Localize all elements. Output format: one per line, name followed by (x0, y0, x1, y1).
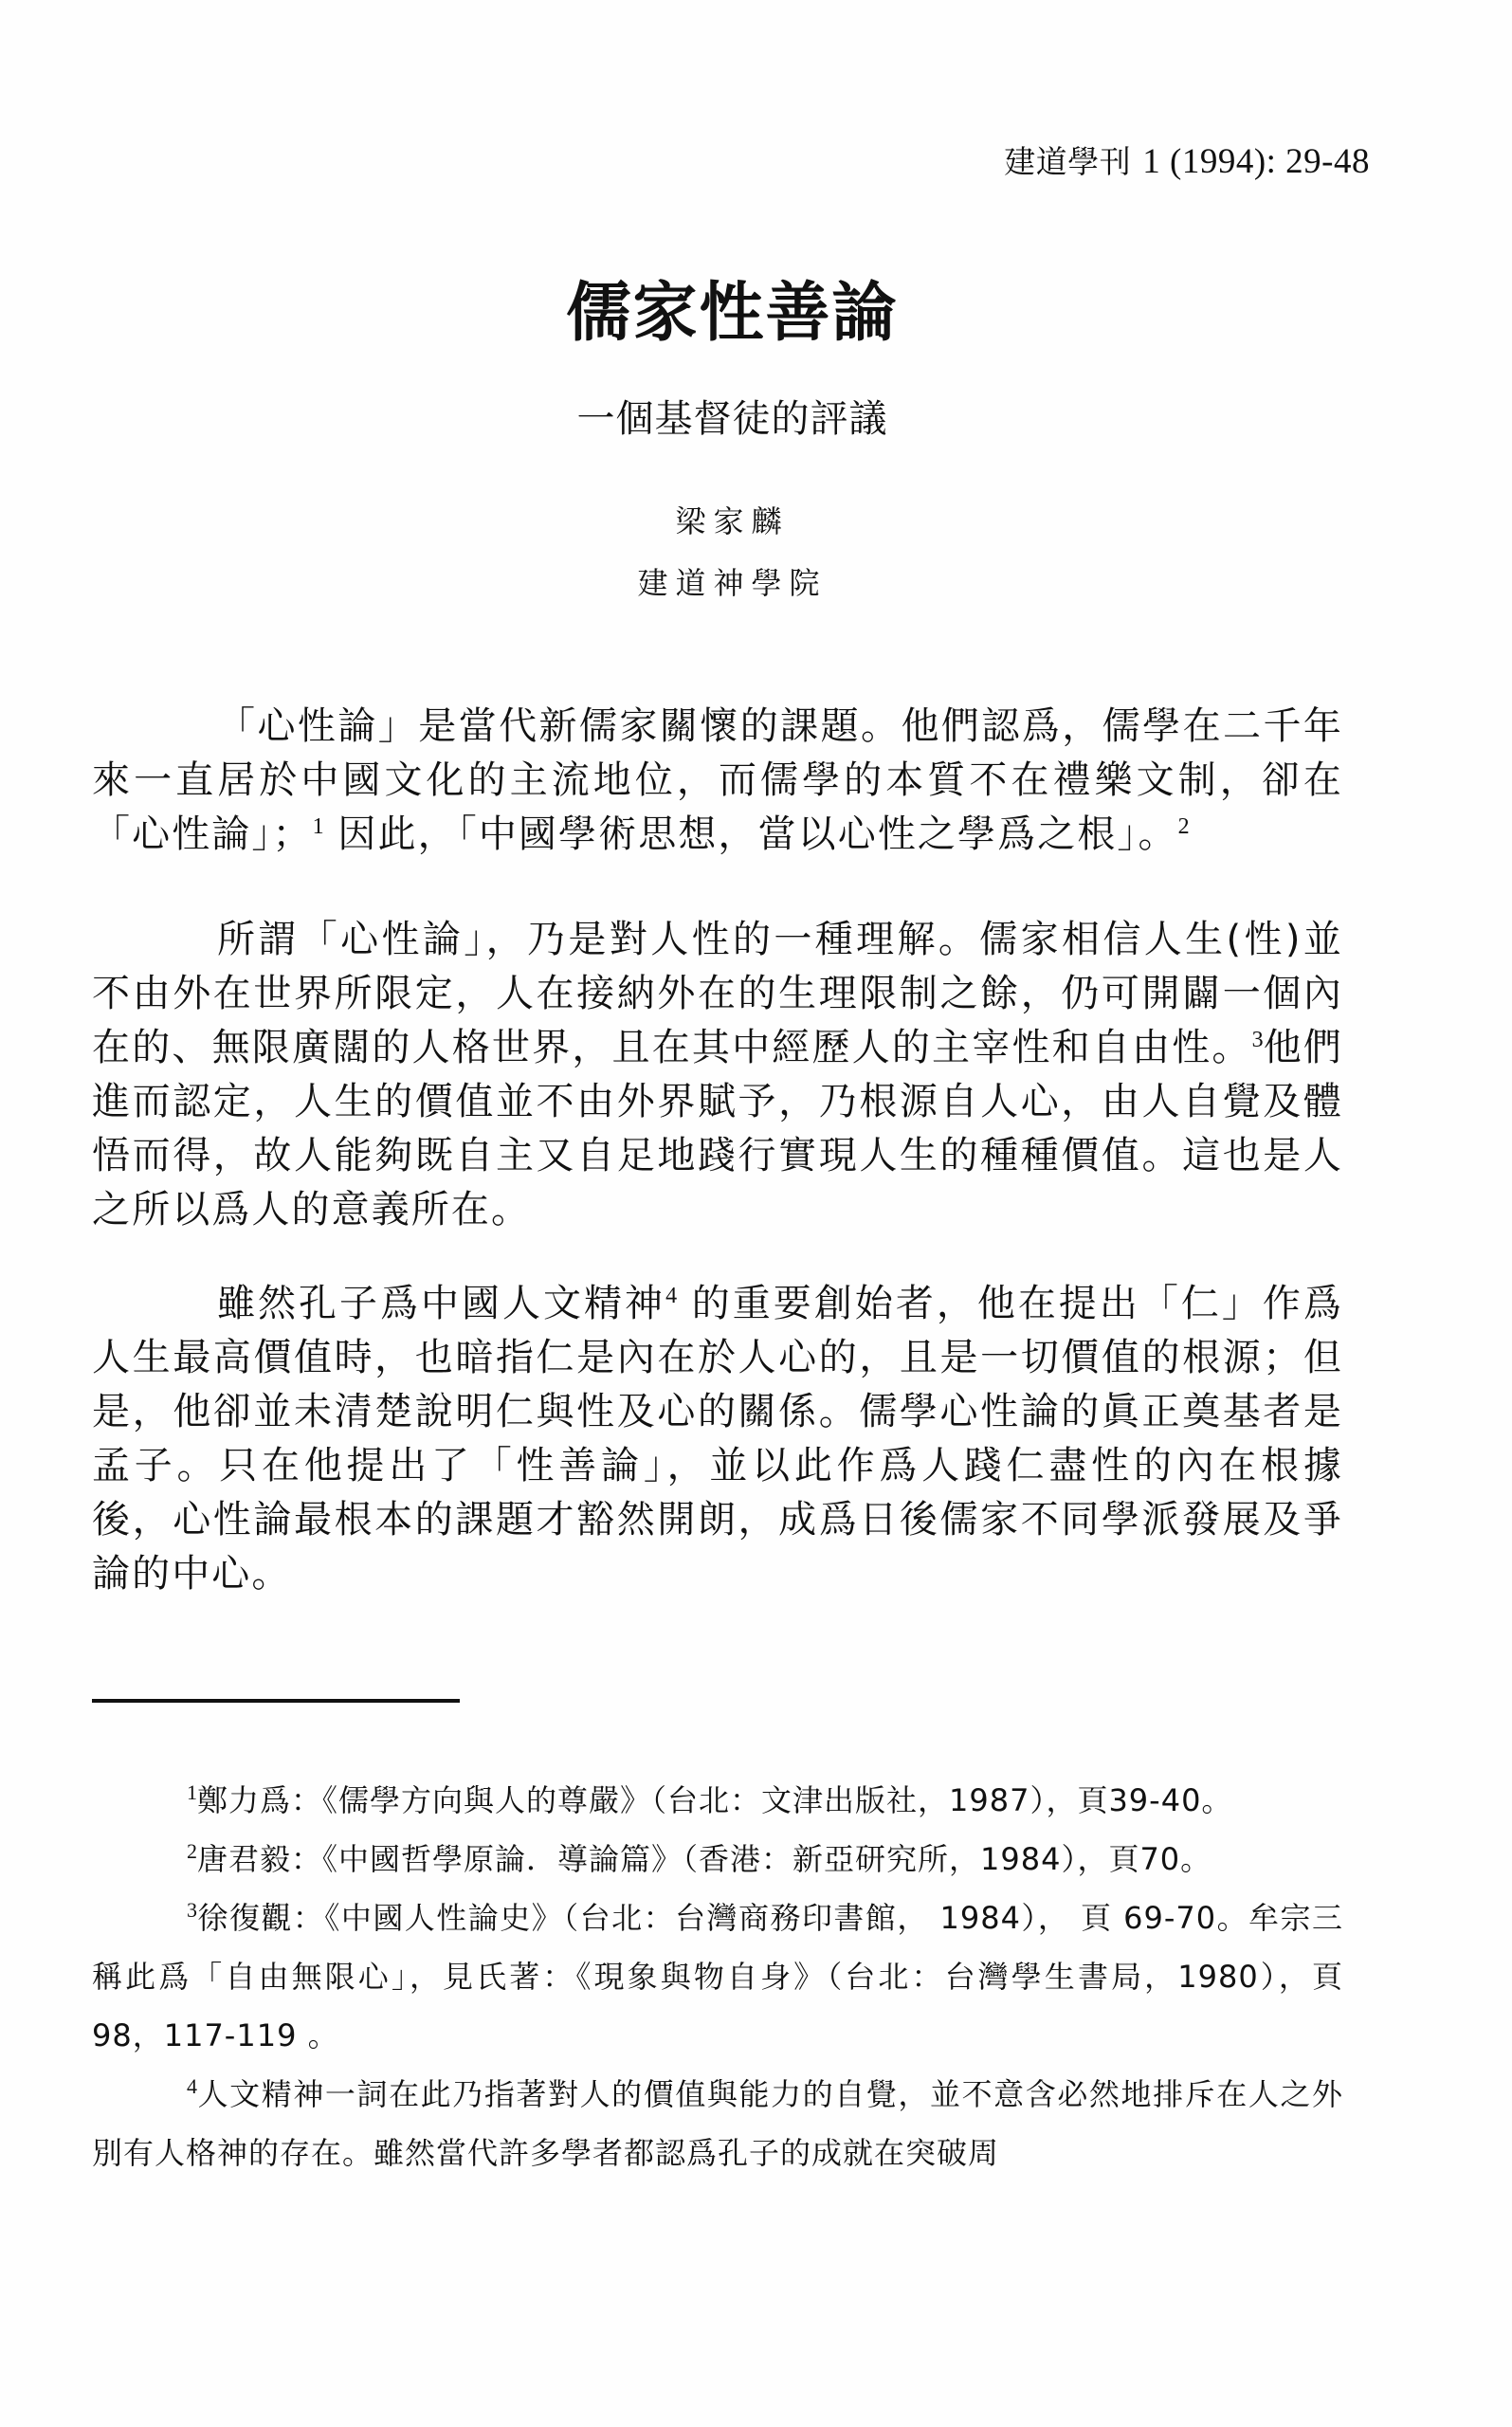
footnote-ref-3[interactable]: 3 (1252, 1028, 1264, 1052)
paragraph-text: 因此，「中國學術思想，當以心性之學爲之根」。 (324, 812, 1178, 856)
footnote-divider (92, 1699, 460, 1703)
footnote-ref-2[interactable]: 2 (1178, 814, 1190, 839)
journal-page: 建道學刊1 (1994): 29-48 儒家性善論 一個基督徒的評議 梁家麟 建… (0, 0, 1512, 2427)
footnote-text: 唐君毅：《中國哲學原論．導論篇》（香港：新亞研究所，1984），頁70。 (197, 1841, 1211, 1877)
author-affiliation: 建道神學院 (0, 559, 1488, 603)
footnote-1: 1鄭力爲：《儒學方向與人的尊嚴》（台北：文津出版社，1987），頁39-40。 (92, 1771, 1343, 1830)
footnote-2: 2唐君毅：《中國哲學原論．導論篇》（香港：新亞研究所，1984），頁70。 (92, 1830, 1343, 1889)
journal-name: 建道學刊 (1004, 143, 1131, 180)
footnote-text: 人文精神一詞在此乃指著對人的價值與能力的自覺，並不意含必然地排斥在人之外別有人格… (92, 2076, 1343, 2171)
paragraph-text: 雖然孔子爲中國人文精神 (217, 1282, 665, 1325)
footnote-number: 1 (187, 1780, 197, 1804)
body-paragraph-1: 「心性論」是當代新儒家關懷的課題。他們認爲，儒學在二千年來一直居於中國文化的主流… (92, 700, 1343, 862)
footnote-ref-4[interactable]: 4 (665, 1284, 677, 1308)
footnote-text: 徐復觀：《中國人性論史》（台北：台灣商務印書館， 1984）， 頁 69-70。… (92, 1900, 1343, 2053)
paragraph-text: 所謂「心性論」，乃是對人性的一種理解。儒家相信人生(性)並不由外在世界所限定，人… (92, 918, 1343, 1069)
footnote-text: 鄭力爲：《儒學方向與人的尊嚴》（台北：文津出版社，1987），頁39-40。 (197, 1782, 1232, 1818)
footnote-number: 4 (187, 2074, 197, 2098)
footnotes-section: 1鄭力爲：《儒學方向與人的尊嚴》（台北：文津出版社，1987），頁39-40。 … (92, 1771, 1343, 2182)
body-paragraph-2: 所謂「心性論」，乃是對人性的一種理解。儒家相信人生(性)並不由外在世界所限定，人… (92, 913, 1343, 1237)
paragraph-text: 的重要創始者，他在提出「仁」作爲人生最高價值時，也暗指仁是內在於人心的，且是一切… (92, 1282, 1343, 1596)
journal-citation: 1 (1994): 29-48 (1142, 142, 1370, 181)
author-name: 梁家麟 (0, 498, 1488, 541)
footnote-number: 3 (187, 1898, 197, 1922)
journal-reference: 建道學刊1 (1994): 29-48 (1004, 137, 1370, 182)
footnote-3: 3徐復觀：《中國人性論史》（台北：台灣商務印書館， 1984）， 頁 69-70… (92, 1889, 1343, 2065)
article-subtitle: 一個基督徒的評議 (0, 389, 1488, 443)
body-paragraph-3: 雖然孔子爲中國人文精神4 的重要創始者，他在提出「仁」作爲人生最高價值時，也暗指… (92, 1277, 1343, 1601)
footnote-number: 2 (187, 1839, 197, 1863)
footnote-ref-1[interactable]: 1 (313, 814, 324, 839)
footnote-4: 4人文精神一詞在此乃指著對人的價值與能力的自覺，並不意含必然地排斥在人之外別有人… (92, 2065, 1343, 2182)
article-title: 儒家性善論 (0, 262, 1488, 354)
